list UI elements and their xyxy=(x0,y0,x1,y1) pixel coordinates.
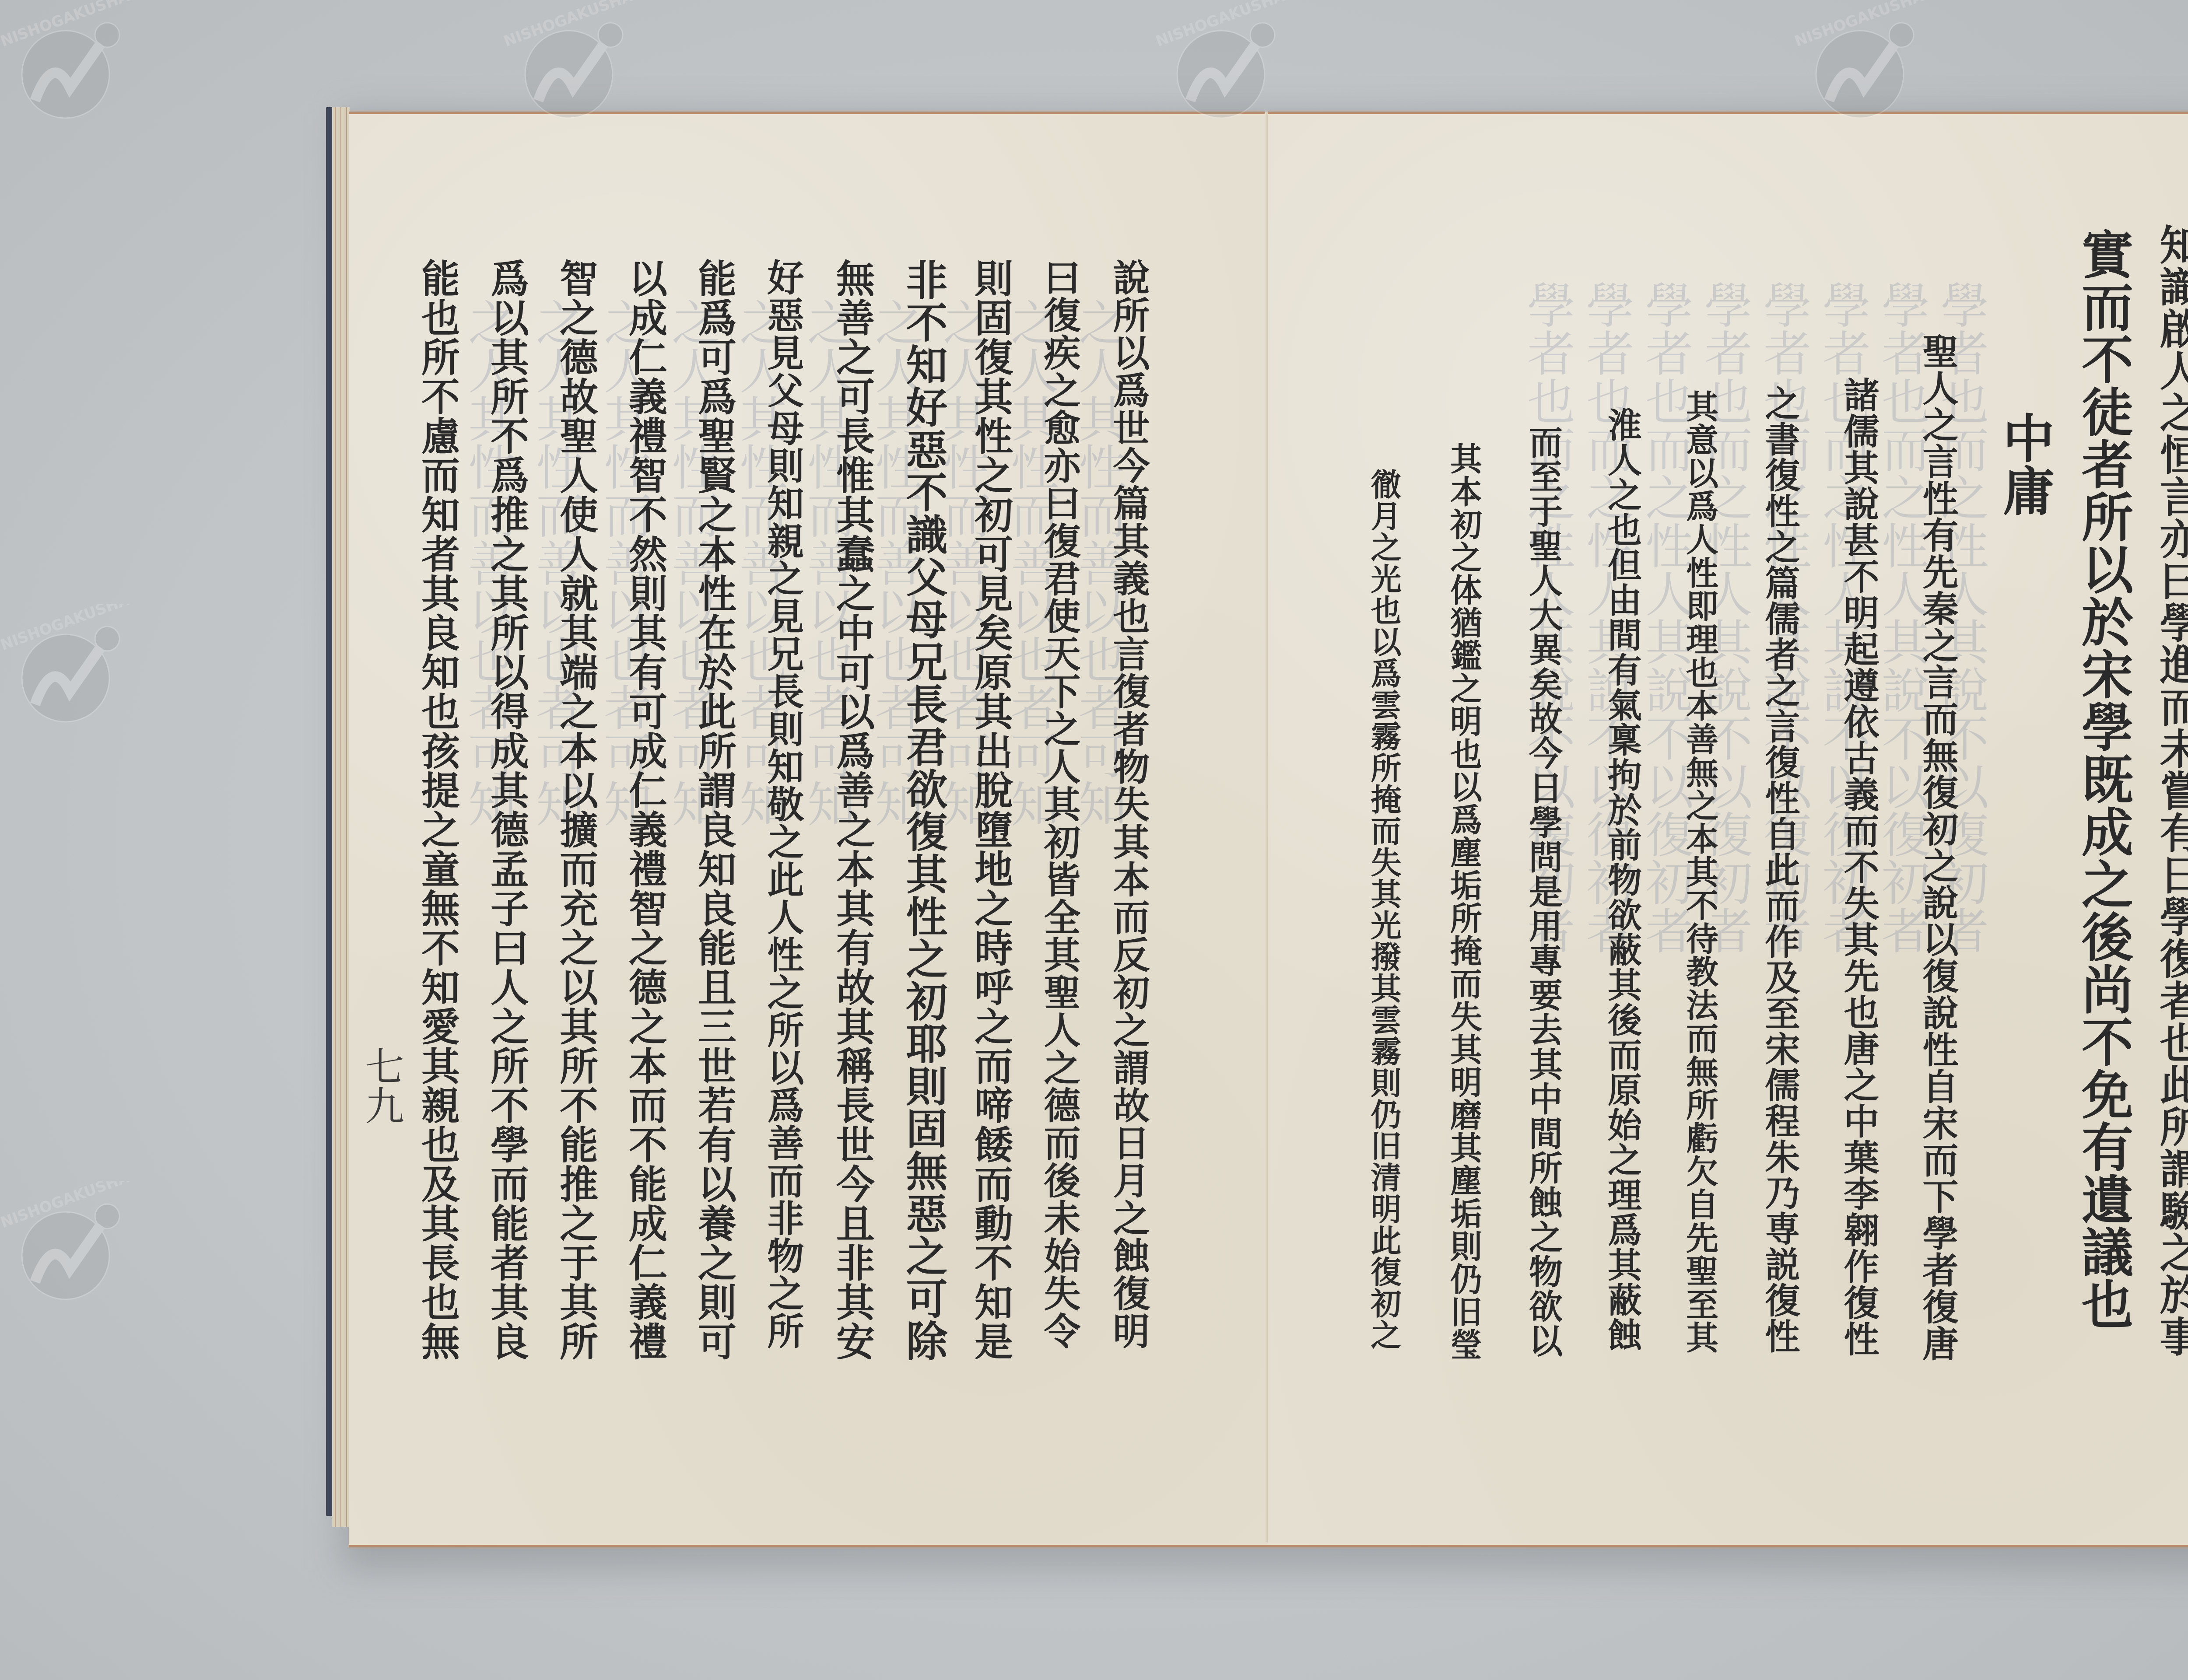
text-column: 知識啟人之恒言亦曰學進而未嘗有日學復者也此所謂驗之於事 xyxy=(2156,224,2188,1358)
text-column: 中庸 xyxy=(1999,412,2050,517)
text-column: 徹月之光也以爲雲霧所掩而失其光撥其雲霧則仍旧清明此復初之 xyxy=(1368,469,1399,1351)
svg-text:NISHOGAKUSHA: NISHOGAKUSHA xyxy=(503,0,635,50)
text-column: 則固復其性之初可見矣原其出脫墮地之時呼之而啼餧而動不知是 xyxy=(972,259,1010,1361)
nishogakusha-watermark-icon: NISHOGAKUSHA xyxy=(0,0,131,131)
text-column: 能爲可爲聖賢之本性在於此所謂良知良能且三世若有以養之則可 xyxy=(695,259,734,1361)
text-column: 智之德故聖人使人就其端之本以擴而充之以其所不能推之于其所 xyxy=(557,259,596,1361)
text-column: 以成仁義禮智不然則其有可成仁義禮智之德之本而不能成仁義禮 xyxy=(626,259,665,1361)
text-column: 其本初之体猶鑑之明也以爲塵垢所掩而失其明磨其塵垢則仍旧瑩 xyxy=(1447,442,1479,1361)
text-column: 能也所不慮而知者其良知也孩提之童無不知愛其親也及其長也無 xyxy=(419,259,457,1361)
text-column: 諸儒其說甚不明起遵依古義而不失其先也唐之中葉李翱作復性 xyxy=(1841,377,1876,1357)
svg-text:NISHOGAKUSHA: NISHOGAKUSHA xyxy=(0,604,131,654)
text-column: 之書復性之篇儒者之言復性自此而作及至宋儒程朱乃専説復性 xyxy=(1762,385,1797,1354)
text-column: 淮人之也但由間有氣稟拘於前物欲蔽其後而原始之理爲其蔽蝕 xyxy=(1605,407,1639,1352)
page-number: 七九 xyxy=(352,1046,409,1125)
svg-text:NISHOGAKUSHA: NISHOGAKUSHA xyxy=(0,1181,131,1232)
text-column: 聖人之言性有先秦之言而無復初之說以復說性自宋而下學者復唐 xyxy=(1920,333,1956,1362)
text-column: 而至于聖人大異矣故今日學問是用專要去其中間所蝕之物欲以 xyxy=(1526,425,1560,1358)
text-column: 非不知好惡不識父母兄長君欲復其性之初耶則固無惡之可除 xyxy=(903,259,944,1362)
svg-text:NISHOGAKUSHA: NISHOGAKUSHA xyxy=(1155,0,1287,50)
right-page: 學者也而之性人其說不以復初者學者也而之性人其說不以復初者學者也而之性人其說不以復… xyxy=(1268,112,2188,1547)
text-column: 爲以其所不爲推之其所以得成其德孟子曰人之所不學而能者其良 xyxy=(488,259,526,1361)
open-book: 七九 之人其性而善以也者可知之人其性而善以也者可知之人其性而善以也者可知之人其性… xyxy=(326,107,2188,1547)
nishogakusha-watermark-icon: NISHOGAKUSHA xyxy=(0,604,131,735)
text-column: 說所以爲世今篇其義也言復者物失其本而反初之謂故日月之蝕復明 xyxy=(1110,259,1147,1350)
text-column: 曰復疾之愈亦曰復君使天下之人其初皆全其聖人之德而後未始失令 xyxy=(1041,259,1078,1350)
text-column: 好惡見父母則知親之見兄長則知敬之此人性之所以爲善而非物之所 xyxy=(764,259,801,1350)
text-column: 實而不徒者所以於宋學既成之後尚不免有遺議也 xyxy=(2077,228,2129,1330)
svg-text:NISHOGAKUSHA: NISHOGAKUSHA xyxy=(0,0,131,50)
left-page: 七九 之人其性而善以也者可知之人其性而善以也者可知之人其性而善以也者可知之人其性… xyxy=(349,112,1268,1547)
text-column: 其意以爲人性即理也本善無之本其不待教法而無所虧欠自先聖至其 xyxy=(1683,390,1716,1354)
page-stack-edges xyxy=(332,107,350,1527)
svg-text:NISHOGAKUSHA: NISHOGAKUSHA xyxy=(1794,0,1925,50)
nishogakusha-watermark-icon: NISHOGAKUSHA xyxy=(0,1181,131,1312)
text-column: 無善之可長惟其蠢之中可以爲善之本其有故其稱長世今且非其安 xyxy=(834,259,872,1361)
